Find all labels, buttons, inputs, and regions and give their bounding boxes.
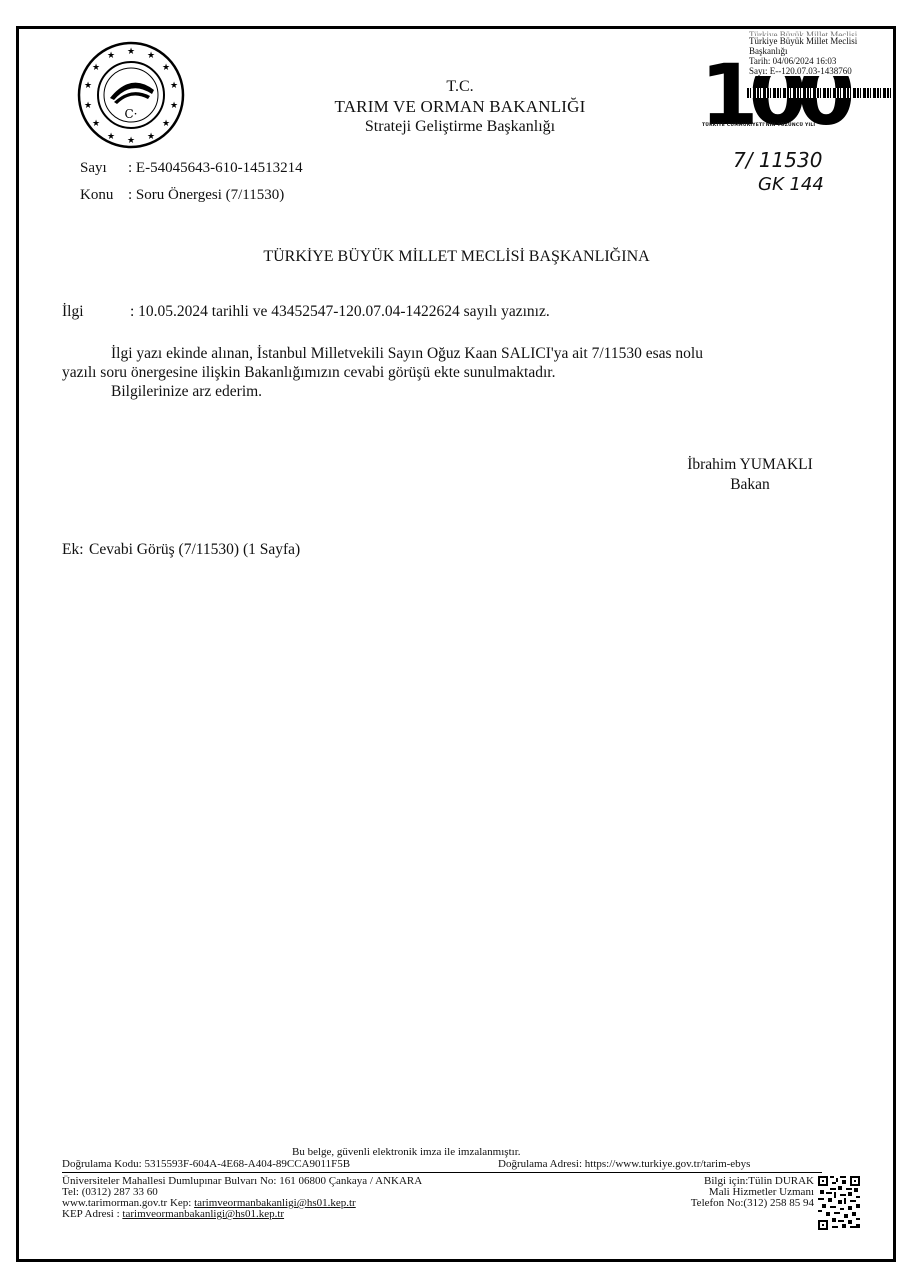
svg-text:★: ★ <box>107 51 115 61</box>
verify-address[interactable]: Doğrulama Adresi: https://www.turkiye.go… <box>498 1159 750 1170</box>
header-tc: T.C. <box>250 78 670 96</box>
svg-text:★: ★ <box>170 101 178 111</box>
svg-text:★: ★ <box>107 132 115 142</box>
sayi-label: Sayı <box>80 160 128 177</box>
svg-text:★: ★ <box>84 81 92 91</box>
konu-value: : Soru Önergesi (7/11530) <box>128 187 284 203</box>
svg-text:★: ★ <box>127 47 135 57</box>
handwritten-number: 7/ 11530 <box>733 148 822 172</box>
attachment-label: Ek: <box>62 541 89 559</box>
konu-row: Konu: Soru Önergesi (7/11530) <box>80 187 284 204</box>
sayi-row: Sayı: E-54045643-610-14513214 <box>80 160 303 177</box>
ilgi-value: : 10.05.2024 tarihli ve 43452547-120.07.… <box>130 303 550 320</box>
esign-note: Bu belge, güvenli elektronik imza ile im… <box>292 1147 521 1158</box>
svg-text:★: ★ <box>162 119 170 129</box>
svg-text:C·: C· <box>125 107 138 121</box>
signatory-name: İbrahim YUMAKLI <box>660 456 840 474</box>
attachment-value: Cevabi Görüş (7/11530) (1 Sayfa) <box>89 541 300 558</box>
footer-kep-address: KEP Adresi : tarimveormanbakanligi@hs01.… <box>62 1209 284 1220</box>
svg-text:★: ★ <box>170 81 178 91</box>
document-page <box>16 26 896 1262</box>
addressee-title: TÜRKİYE BÜYÜK MİLLET MECLİSİ BAŞKANLIĞIN… <box>0 248 913 266</box>
body-line-1: İlgi yazı ekinde alınan, İstanbul Millet… <box>111 345 703 363</box>
header-department: Strateji Geliştirme Başkanlığı <box>250 118 670 136</box>
ministry-seal-icon: ★★★ ★★ ★★ ★★ ★★ ★★★ C· <box>76 40 186 150</box>
svg-text:★: ★ <box>162 63 170 73</box>
signatory-title: Bakan <box>660 476 840 494</box>
body-closing: Bilgilerinize arz ederim. <box>111 383 262 401</box>
kep-address-link[interactable]: tarimveormanbakanligi@hs01.kep.tr <box>122 1208 284 1220</box>
barcode-icon <box>747 88 892 98</box>
kep-address-label: KEP Adresi : <box>62 1208 122 1220</box>
sayi-value: : E-54045643-610-14513214 <box>128 160 303 176</box>
centennial-subtitle: TÜRKİYE CUMHURİYETİ'NİN YÜZÜNCÜ YILI <box>702 123 815 128</box>
info-phone: Telefon No:(312) 258 85 94 <box>691 1198 814 1209</box>
header-ministry: TARIM VE ORMAN BAKANLIĞI <box>250 97 670 117</box>
svg-text:★: ★ <box>92 63 100 73</box>
handwritten-code: GK 144 <box>758 174 824 195</box>
ilgi-label: İlgi <box>62 303 130 321</box>
verify-code: Doğrulama Kodu: 5315593F-604A-4E68-A404-… <box>62 1159 350 1170</box>
qr-code-icon <box>818 1176 860 1230</box>
attachment-row: Ek:Cevabi Görüş (7/11530) (1 Sayfa) <box>62 541 300 559</box>
stamp-text: Türkiye Büyük Millet Meclisi Türkiye Büy… <box>747 30 859 76</box>
svg-text:★: ★ <box>147 51 155 61</box>
registry-stamp: 100 Türkiye Büyük Millet Meclisi Türkiye… <box>700 30 895 140</box>
konu-label: Konu <box>80 187 128 204</box>
svg-text:★: ★ <box>84 101 92 111</box>
ilgi-row: İlgi: 10.05.2024 tarihli ve 43452547-120… <box>62 303 550 321</box>
body-line-2: yazılı soru önergesine ilişkin Bakanlığı… <box>62 364 555 382</box>
svg-text:★: ★ <box>147 132 155 142</box>
svg-text:★: ★ <box>127 136 135 146</box>
footer-divider <box>62 1172 822 1173</box>
svg-text:★: ★ <box>92 119 100 129</box>
